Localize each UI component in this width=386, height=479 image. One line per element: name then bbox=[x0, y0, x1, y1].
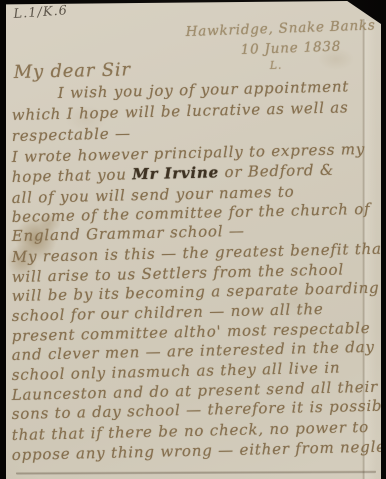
dateline-date: 10 June 1838 bbox=[240, 39, 341, 58]
handwriting-text: respectable — bbox=[12, 124, 131, 145]
photo-background: L.1/K.6 Hawkridge, Snake Banks 10 June 1… bbox=[0, 0, 386, 479]
handwriting-text: or Bedford & bbox=[219, 161, 335, 182]
handwriting-layer: L.1/K.6 Hawkridge, Snake Banks 10 June 1… bbox=[6, 1, 381, 479]
dateline-place: Hawkridge, Snake Banks bbox=[185, 17, 375, 40]
salutation: My dear Sir bbox=[14, 59, 131, 83]
ink-correction: Mr Irvine bbox=[132, 163, 219, 183]
handwriting-line: England Grammar school — bbox=[12, 222, 245, 245]
letter-page: L.1/K.6 Hawkridge, Snake Banks 10 June 1… bbox=[6, 1, 381, 479]
dateline-flourish: L. bbox=[270, 59, 283, 72]
handwriting-line: which I hope will be lucrative as well a… bbox=[12, 98, 349, 124]
handwriting-text: hope that you bbox=[12, 165, 133, 186]
handwriting-line: I wish you joy of your appointment bbox=[58, 77, 350, 102]
handwriting-line: respectable — bbox=[12, 124, 131, 145]
handwriting-text: England Grammar school — bbox=[12, 222, 245, 245]
handwriting-text: I wish you joy of your appointment bbox=[58, 77, 350, 102]
archival-reference: L.1/K.6 bbox=[13, 3, 68, 22]
handwriting-text: which I hope will be lucrative as well a… bbox=[12, 98, 349, 124]
